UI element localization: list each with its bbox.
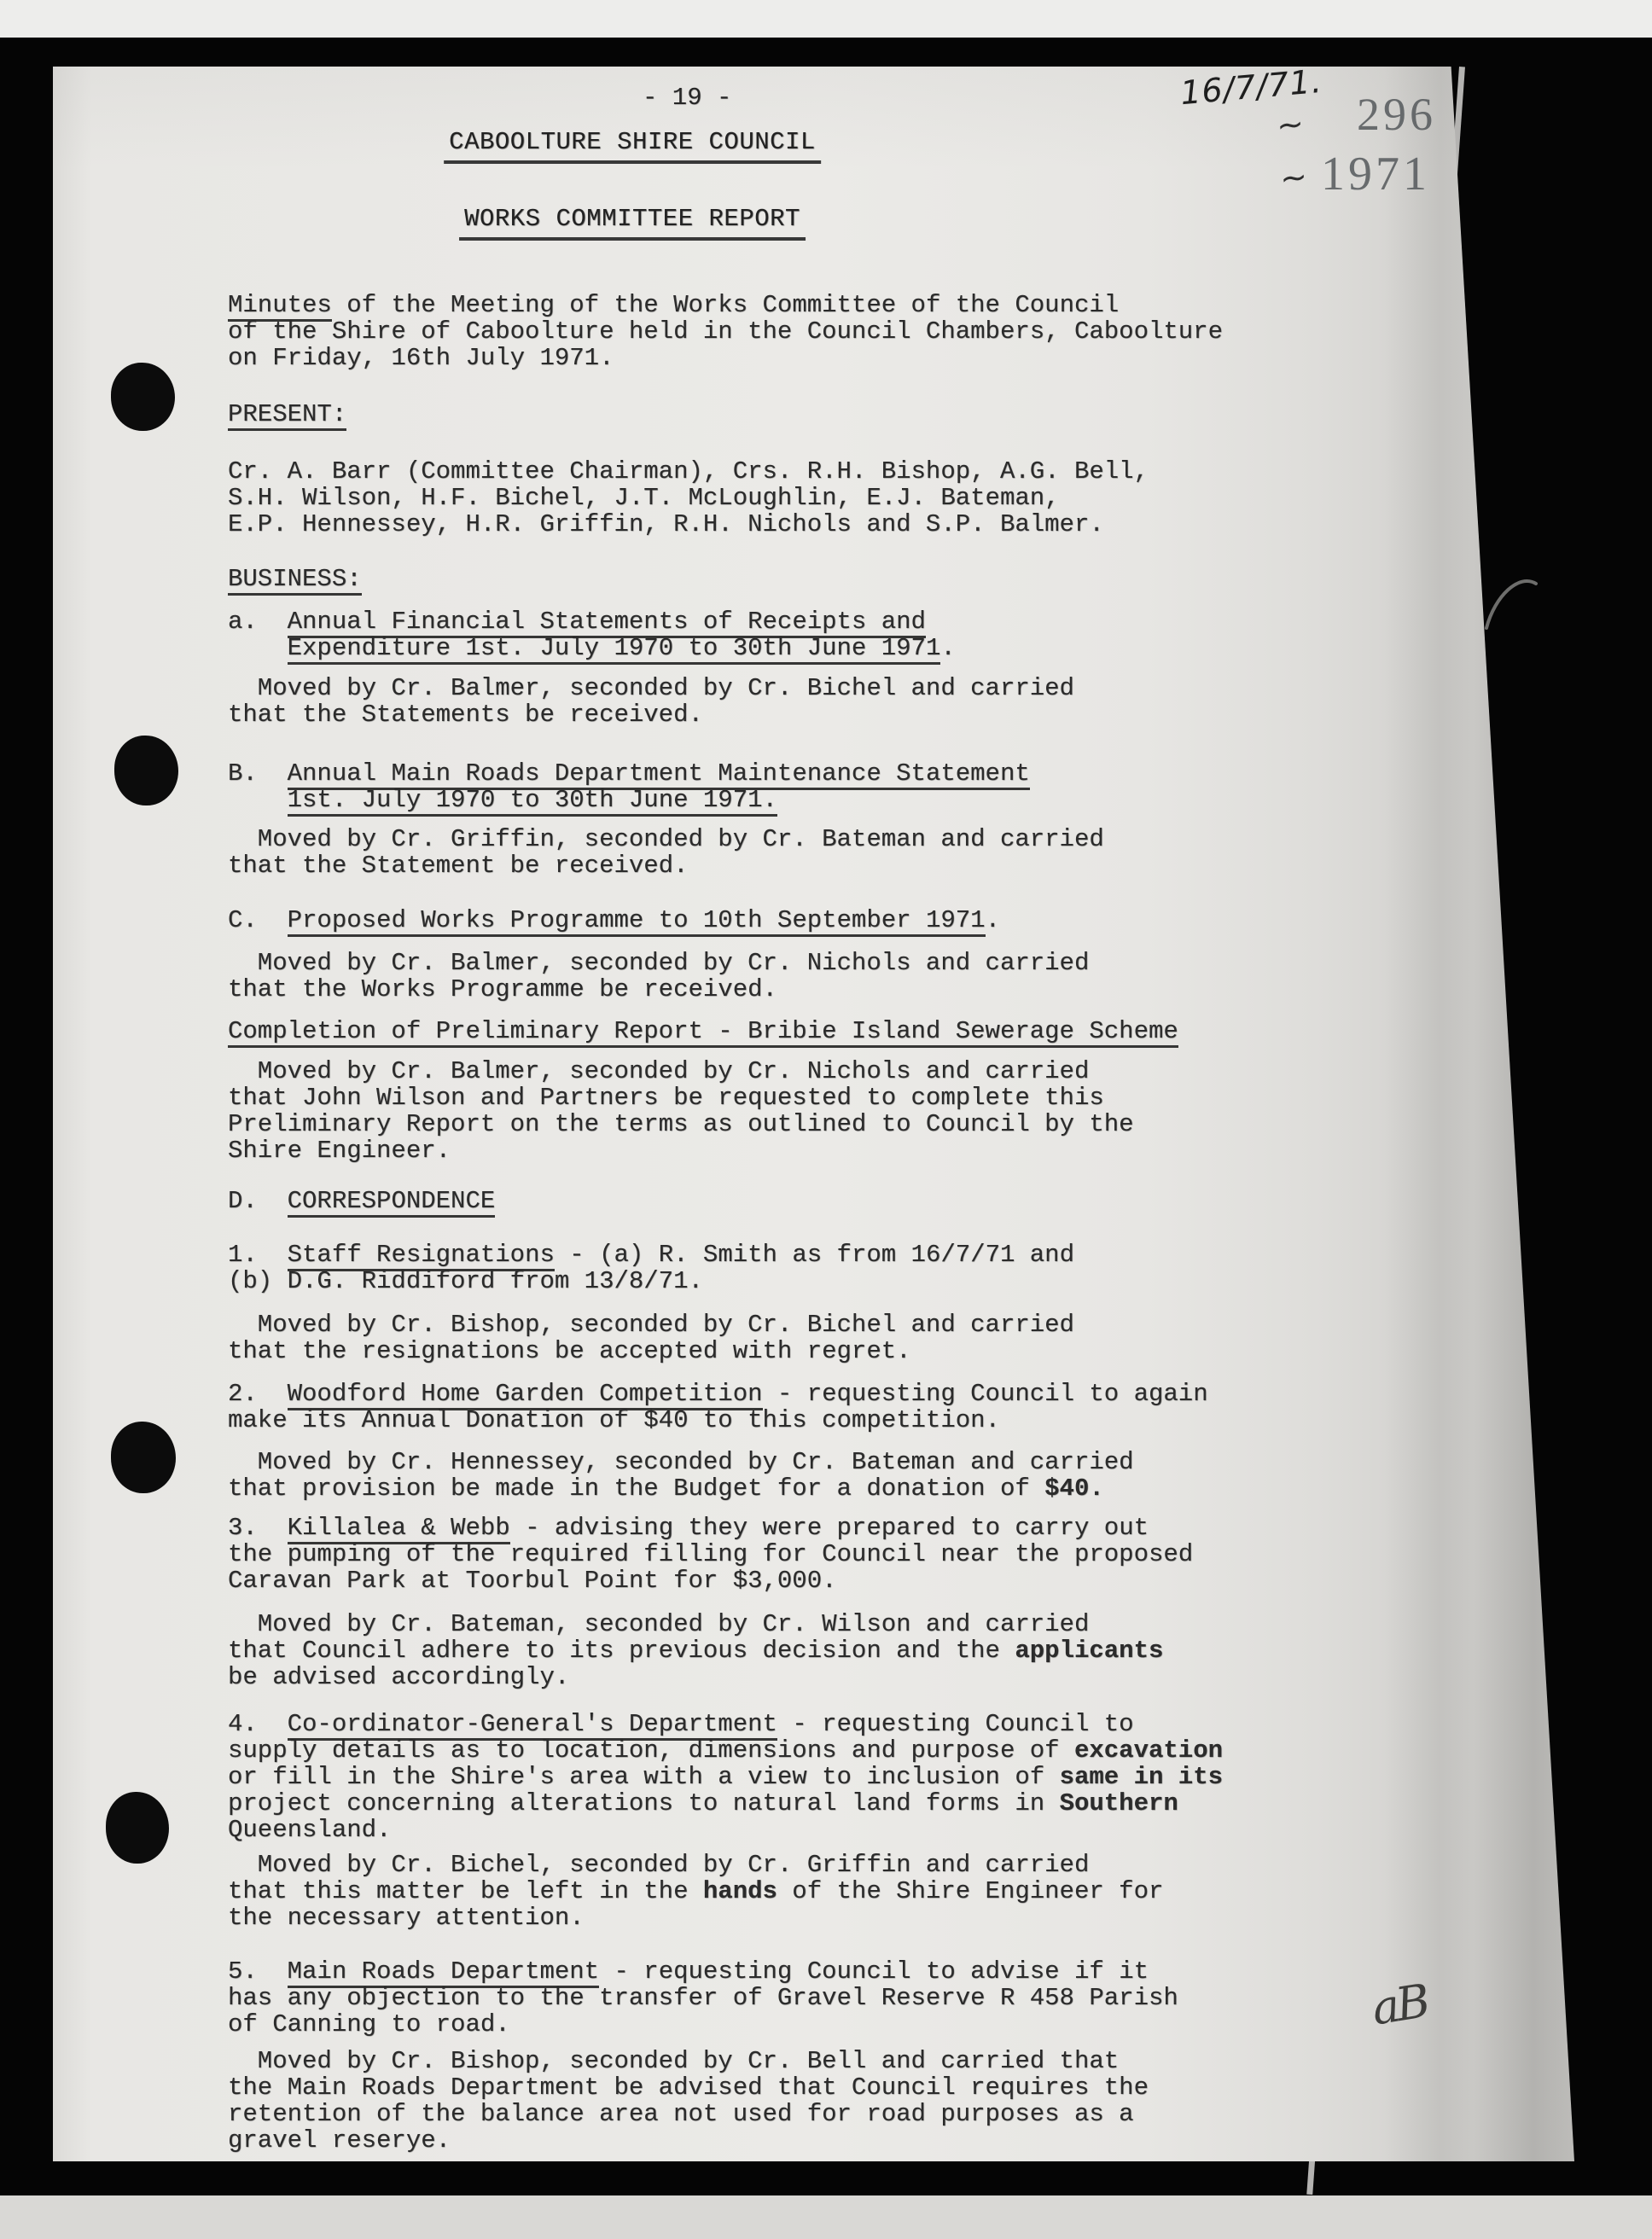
- punch-hole: [114, 736, 178, 805]
- council-title: CABOOLTURE SHIRE COUNCIL: [444, 128, 821, 164]
- document-line: a. Annual Financial Statements of Receip…: [228, 608, 1354, 635]
- pen-swoosh-mark: [1481, 563, 1541, 635]
- document-line: Moved by Cr. Griffin, seconded by Cr. Ba…: [228, 826, 1354, 852]
- document-line: Moved by Cr. Bishop, seconded by Cr. Bic…: [228, 1311, 1354, 1338]
- item-4-heading: 4. Co-ordinator-General's Department - r…: [228, 1711, 1354, 1843]
- document-line: Cr. A. Barr (Committee Chairman), Crs. R…: [228, 458, 1354, 485]
- document-line: the necessary attention.: [228, 1905, 1354, 1931]
- document-line: project concerning alterations to natura…: [228, 1790, 1354, 1817]
- punch-hole: [106, 1792, 169, 1864]
- document-line: the Main Roads Department be advised tha…: [228, 2074, 1354, 2101]
- document-line: BUSINESS:: [228, 566, 1354, 592]
- item-5-heading: 5. Main Roads Department - requesting Co…: [228, 1958, 1354, 2038]
- pen-dash-mark: ~: [1278, 157, 1309, 197]
- document-line: Completion of Preliminary Report - Bribi…: [228, 1018, 1354, 1044]
- document-line: C. Proposed Works Programme to 10th Sept…: [228, 907, 1354, 933]
- document-line: S.H. Wilson, H.F. Bichel, J.T. McLoughli…: [228, 485, 1354, 511]
- document-line: of Canning to road.: [228, 2011, 1354, 2038]
- document-line: Moved by Cr. Balmer, seconded by Cr. Nic…: [228, 950, 1354, 976]
- document-line: on Friday, 16th July 1971.: [228, 345, 1354, 371]
- document-line: retention of the balance area not used f…: [228, 2101, 1354, 2127]
- document-line: PRESENT:: [228, 401, 1354, 427]
- item-a-resolution: Moved by Cr. Balmer, seconded by Cr. Bic…: [228, 675, 1354, 728]
- document-line: Expenditure 1st. July 1970 to 30th June …: [228, 635, 1354, 661]
- handwritten-initials: aB: [1368, 1974, 1430, 2035]
- document-line: 5. Main Roads Department - requesting Co…: [228, 1958, 1354, 1985]
- business-heading: BUSINESS:: [228, 566, 1354, 592]
- document-line: D. CORRESPONDENCE: [228, 1188, 1354, 1214]
- punch-hole: [111, 363, 175, 431]
- correspondence-heading: D. CORRESPONDENCE: [228, 1188, 1354, 1214]
- pen-dash-mark: ~: [1275, 104, 1306, 144]
- document-line: that provision be made in the Budget for…: [228, 1475, 1354, 1502]
- document-line: has any objection to the transfer of Gra…: [228, 1985, 1354, 2011]
- document-line: Moved by Cr. Balmer, seconded by Cr. Nic…: [228, 1058, 1354, 1085]
- document-line: Queensland.: [228, 1817, 1354, 1843]
- document-line: be advised accordingly.: [228, 1664, 1354, 1690]
- document-text: Minutes of the Meeting of the Works Comm…: [228, 292, 1354, 2154]
- document-line: Moved by Cr. Bichel, seconded by Cr. Gri…: [228, 1852, 1354, 1878]
- item-a-heading: a. Annual Financial Statements of Receip…: [228, 608, 1354, 661]
- document-line: supply details as to location, dimension…: [228, 1737, 1354, 1764]
- scanner-top-strip: [0, 0, 1652, 38]
- document-line: or fill in the Shire's area with a view …: [228, 1764, 1354, 1790]
- archive-stamp-number: 296: [1357, 88, 1436, 141]
- document-line: that John Wilson and Partners be request…: [228, 1085, 1354, 1111]
- scanned-document: - 19 - 16/7/71. ~ ~ 296 1971 CABOOLTURE …: [0, 0, 1652, 2239]
- intro-paragraph: Minutes of the Meeting of the Works Comm…: [228, 292, 1354, 371]
- item-c-heading: C. Proposed Works Programme to 10th Sept…: [228, 907, 1354, 933]
- document-line: Preliminary Report on the terms as outli…: [228, 1111, 1354, 1137]
- bribie-heading: Completion of Preliminary Report - Bribi…: [228, 1018, 1354, 1044]
- document-line: that the Statements be received.: [228, 701, 1354, 728]
- document-line: Shire Engineer.: [228, 1137, 1354, 1164]
- item-4-resolution: Moved by Cr. Bichel, seconded by Cr. Gri…: [228, 1852, 1354, 1931]
- document-line: Caravan Park at Toorbul Point for $3,000…: [228, 1567, 1354, 1594]
- document-line: that Council adhere to its previous deci…: [228, 1637, 1354, 1664]
- archive-stamp-year: 1971: [1321, 147, 1430, 201]
- document-line: E.P. Hennessey, H.R. Griffin, R.H. Nicho…: [228, 511, 1354, 538]
- document-line: Moved by Cr. Hennessey, seconded by Cr. …: [228, 1449, 1354, 1475]
- item-3-resolution: Moved by Cr. Bateman, seconded by Cr. Wi…: [228, 1611, 1354, 1690]
- item-1-resolution: Moved by Cr. Bishop, seconded by Cr. Bic…: [228, 1311, 1354, 1364]
- item-3-heading: 3. Killalea & Webb - advising they were …: [228, 1515, 1354, 1594]
- document-line: Moved by Cr. Bishop, seconded by Cr. Bel…: [228, 2048, 1354, 2074]
- present-heading: PRESENT:: [228, 401, 1354, 427]
- document-line: that the Statement be received.: [228, 852, 1354, 879]
- item-b-heading: B. Annual Main Roads Department Maintena…: [228, 760, 1354, 813]
- document-line: Moved by Cr. Bateman, seconded by Cr. Wi…: [228, 1611, 1354, 1637]
- document-line: that the Works Programme be received.: [228, 976, 1354, 1003]
- document-line: (b) D.G. Riddiford from 13/8/71.: [228, 1268, 1354, 1294]
- item-2-heading: 2. Woodford Home Garden Competition - re…: [228, 1381, 1354, 1434]
- page-number: - 19 -: [643, 84, 731, 112]
- document-line: Moved by Cr. Balmer, seconded by Cr. Bic…: [228, 675, 1354, 701]
- item-5-resolution: Moved by Cr. Bishop, seconded by Cr. Bel…: [228, 2048, 1354, 2154]
- document-line: 1. Staff Resignations - (a) R. Smith as …: [228, 1242, 1354, 1268]
- document-line: 1st. July 1970 to 30th June 1971.: [228, 787, 1354, 813]
- attendees-paragraph: Cr. A. Barr (Committee Chairman), Crs. R…: [228, 458, 1354, 538]
- document-line: 3. Killalea & Webb - advising they were …: [228, 1515, 1354, 1541]
- scanner-bottom-strip: [0, 2195, 1652, 2239]
- document-line: that this matter be left in the hands of…: [228, 1878, 1354, 1905]
- document-line: 4. Co-ordinator-General's Department - r…: [228, 1711, 1354, 1737]
- document-line: the pumping of the required filling for …: [228, 1541, 1354, 1567]
- item-2-resolution: Moved by Cr. Hennessey, seconded by Cr. …: [228, 1449, 1354, 1502]
- report-title: WORKS COMMITTEE REPORT: [459, 205, 806, 241]
- item-c-resolution: Moved by Cr. Balmer, seconded by Cr. Nic…: [228, 950, 1354, 1003]
- punch-hole: [111, 1422, 176, 1493]
- document-line: of the Shire of Caboolture held in the C…: [228, 318, 1354, 345]
- document-line: that the resignations be accepted with r…: [228, 1338, 1354, 1364]
- item-1-heading: 1. Staff Resignations - (a) R. Smith as …: [228, 1242, 1354, 1294]
- document-line: gravel reserye.: [228, 2127, 1354, 2154]
- item-b-resolution: Moved by Cr. Griffin, seconded by Cr. Ba…: [228, 826, 1354, 879]
- document-line: B. Annual Main Roads Department Maintena…: [228, 760, 1354, 787]
- document-line: Minutes of the Meeting of the Works Comm…: [228, 292, 1354, 318]
- bribie-resolution: Moved by Cr. Balmer, seconded by Cr. Nic…: [228, 1058, 1354, 1164]
- document-line: 2. Woodford Home Garden Competition - re…: [228, 1381, 1354, 1407]
- document-line: make its Annual Donation of $40 to this …: [228, 1407, 1354, 1434]
